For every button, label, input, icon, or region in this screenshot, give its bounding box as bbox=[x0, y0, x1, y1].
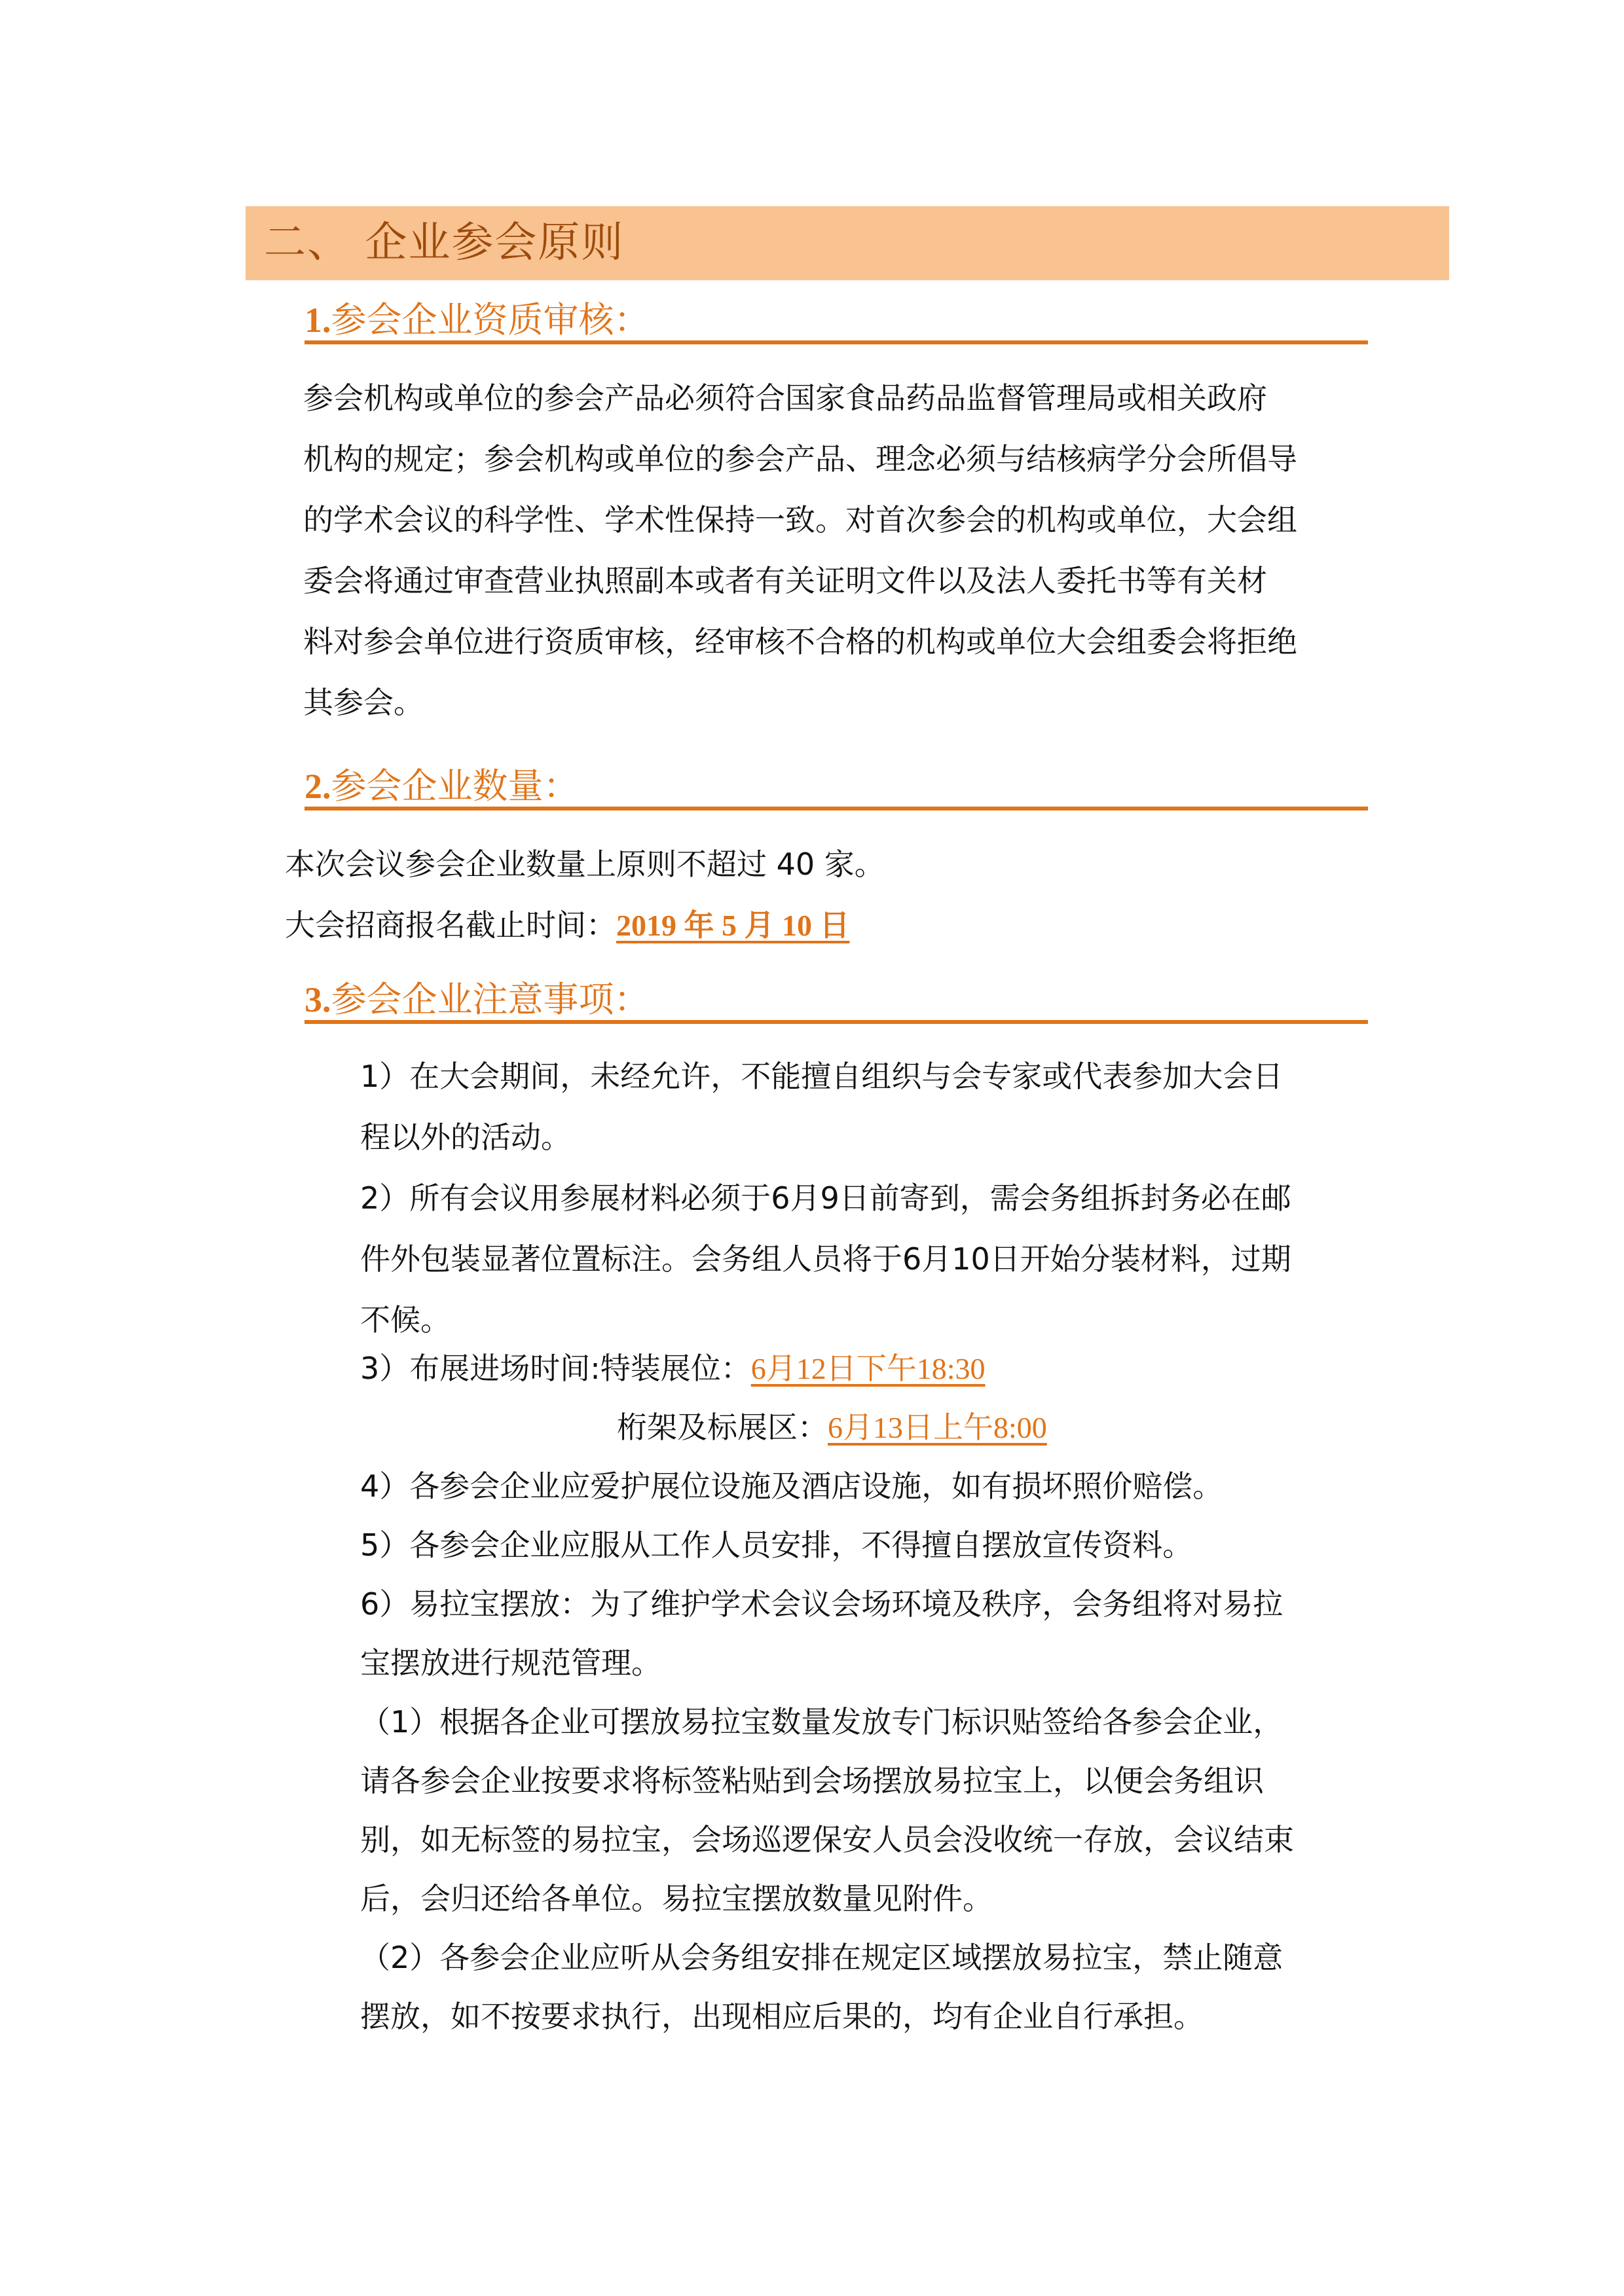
paragraph-line: 其参会。 bbox=[303, 683, 424, 722]
paragraph-line: 机构的规定；参会机构或单位的参会产品、理念必须与结核病学分会所倡导 bbox=[303, 439, 1297, 479]
quantity-limit-text: 本次会议参会企业数量上原则不超过 40 家。 bbox=[285, 845, 885, 884]
paragraph-line: 参会机构或单位的参会产品必须符合国家食品药品监督管理局或相关政府 bbox=[303, 378, 1267, 418]
deadline-line: 大会招商报名截止时间：2019 年 5 月 10 日 bbox=[285, 905, 850, 945]
subheading-quantity: 2.参会企业数量： bbox=[304, 766, 1368, 811]
subheading-notes: 3.参会企业注意事项： bbox=[304, 979, 1368, 1024]
note-3-line-2: 桁架及标展区：6月13日上午8:00 bbox=[617, 1408, 1047, 1448]
note-1-line: 程以外的活动。 bbox=[360, 1118, 571, 1157]
section-title: 二、 企业参会原则 bbox=[264, 218, 624, 268]
section-header-band: 二、 企业参会原则 bbox=[246, 206, 1449, 280]
subheading-qualification: 1.参会企业资质审核： bbox=[304, 300, 1368, 344]
note-6a-line: 后，会归还给各单位。易拉宝摆放数量见附件。 bbox=[360, 1879, 993, 1918]
paragraph-line: 料对参会单位进行资质审核，经审核不合格的机构或单位大会组委会将拒绝 bbox=[303, 622, 1297, 661]
note-5-line: 5）各参会企业应服从工作人员安排，不得擅自摆放宣传资料。 bbox=[360, 1525, 1192, 1565]
note-2-line: 不候。 bbox=[360, 1300, 451, 1339]
note-2-line: 2）所有会议用参展材料必须于6月9日前寄到，需会务组拆封务必在邮 bbox=[360, 1178, 1291, 1218]
note-3-line: 3）布展进场时间:特装展位：6月12日下午18:30 bbox=[360, 1349, 986, 1389]
note-2-line: 件外包装显著位置标注。会务组人员将于6月10日开始分装材料，过期 bbox=[360, 1239, 1291, 1279]
note-6a-line: （1）根据各企业可摆放易拉宝数量发放专门标识贴签给各参会企业， bbox=[360, 1702, 1283, 1741]
note-6-line: 6）易拉宝摆放：为了维护学术会议会场环境及秩序，会务组将对易拉 bbox=[360, 1584, 1283, 1624]
paragraph-line: 委会将通过审查营业执照副本或者有关证明文件以及法人委托书等有关材 bbox=[303, 561, 1267, 600]
standard-booth-time: 6月13日上午8:00 bbox=[828, 1411, 1047, 1444]
note-6-line: 宝摆放进行规范管理。 bbox=[360, 1643, 661, 1683]
note-6b-line: 摆放，如不按要求执行，出现相应后果的，均有企业自行承担。 bbox=[360, 1997, 1204, 2036]
note-6b-line: （2）各参会企业应听从会务组安排在规定区域摆放易拉宝，禁止随意 bbox=[360, 1938, 1283, 1977]
note-6a-line: 别，如无标签的易拉宝，会场巡逻保安人员会没收统一存放，会议结束 bbox=[360, 1820, 1294, 1859]
note-1-line: 1）在大会期间，未经允许，不能擅自组织与会专家或代表参加大会日 bbox=[360, 1057, 1283, 1096]
paragraph-line: 的学术会议的科学性、学术性保持一致。对首次参会的机构或单位，大会组 bbox=[303, 500, 1297, 539]
note-4-line: 4）各参会企业应爱护展位设施及酒店设施，如有损坏照价赔偿。 bbox=[360, 1467, 1223, 1506]
note-6a-line: 请各参会企业按要求将标签粘贴到会场摆放易拉宝上，以便会务组识 bbox=[360, 1761, 1264, 1800]
special-booth-time: 6月12日下午18:30 bbox=[751, 1352, 986, 1385]
deadline-date: 2019 年 5 月 10 日 bbox=[616, 909, 850, 942]
